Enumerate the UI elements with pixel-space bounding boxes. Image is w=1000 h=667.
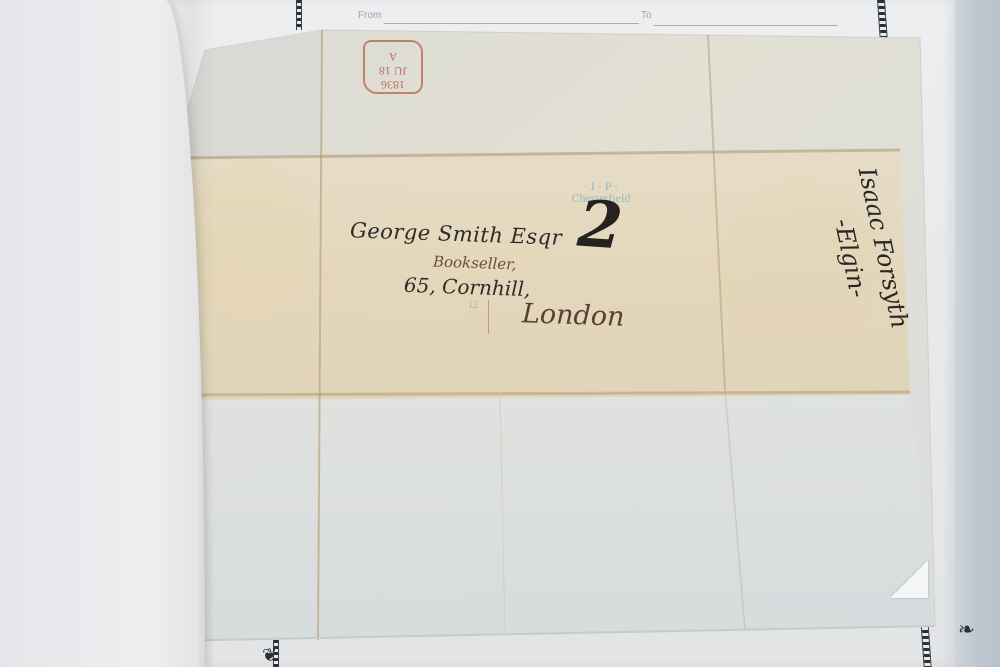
from-label: From xyxy=(358,10,381,21)
to-line xyxy=(654,25,838,26)
flourish-ornament-icon: ❧ xyxy=(958,620,975,640)
addressee-street: 65, Cornhill, xyxy=(404,273,531,301)
to-label: To xyxy=(641,10,652,21)
addressee-city: London xyxy=(521,298,625,333)
from-line xyxy=(384,23,639,24)
postage-rate-marking: 2 xyxy=(575,187,625,265)
flourish-ornament-icon: ❦ xyxy=(262,646,277,664)
page-gutter-shadow xyxy=(155,0,215,667)
from-to-header: From To xyxy=(358,8,808,28)
addressee-occupation: Bookseller, xyxy=(433,253,517,274)
decorative-border-top xyxy=(296,0,302,30)
album-page xyxy=(150,0,955,667)
